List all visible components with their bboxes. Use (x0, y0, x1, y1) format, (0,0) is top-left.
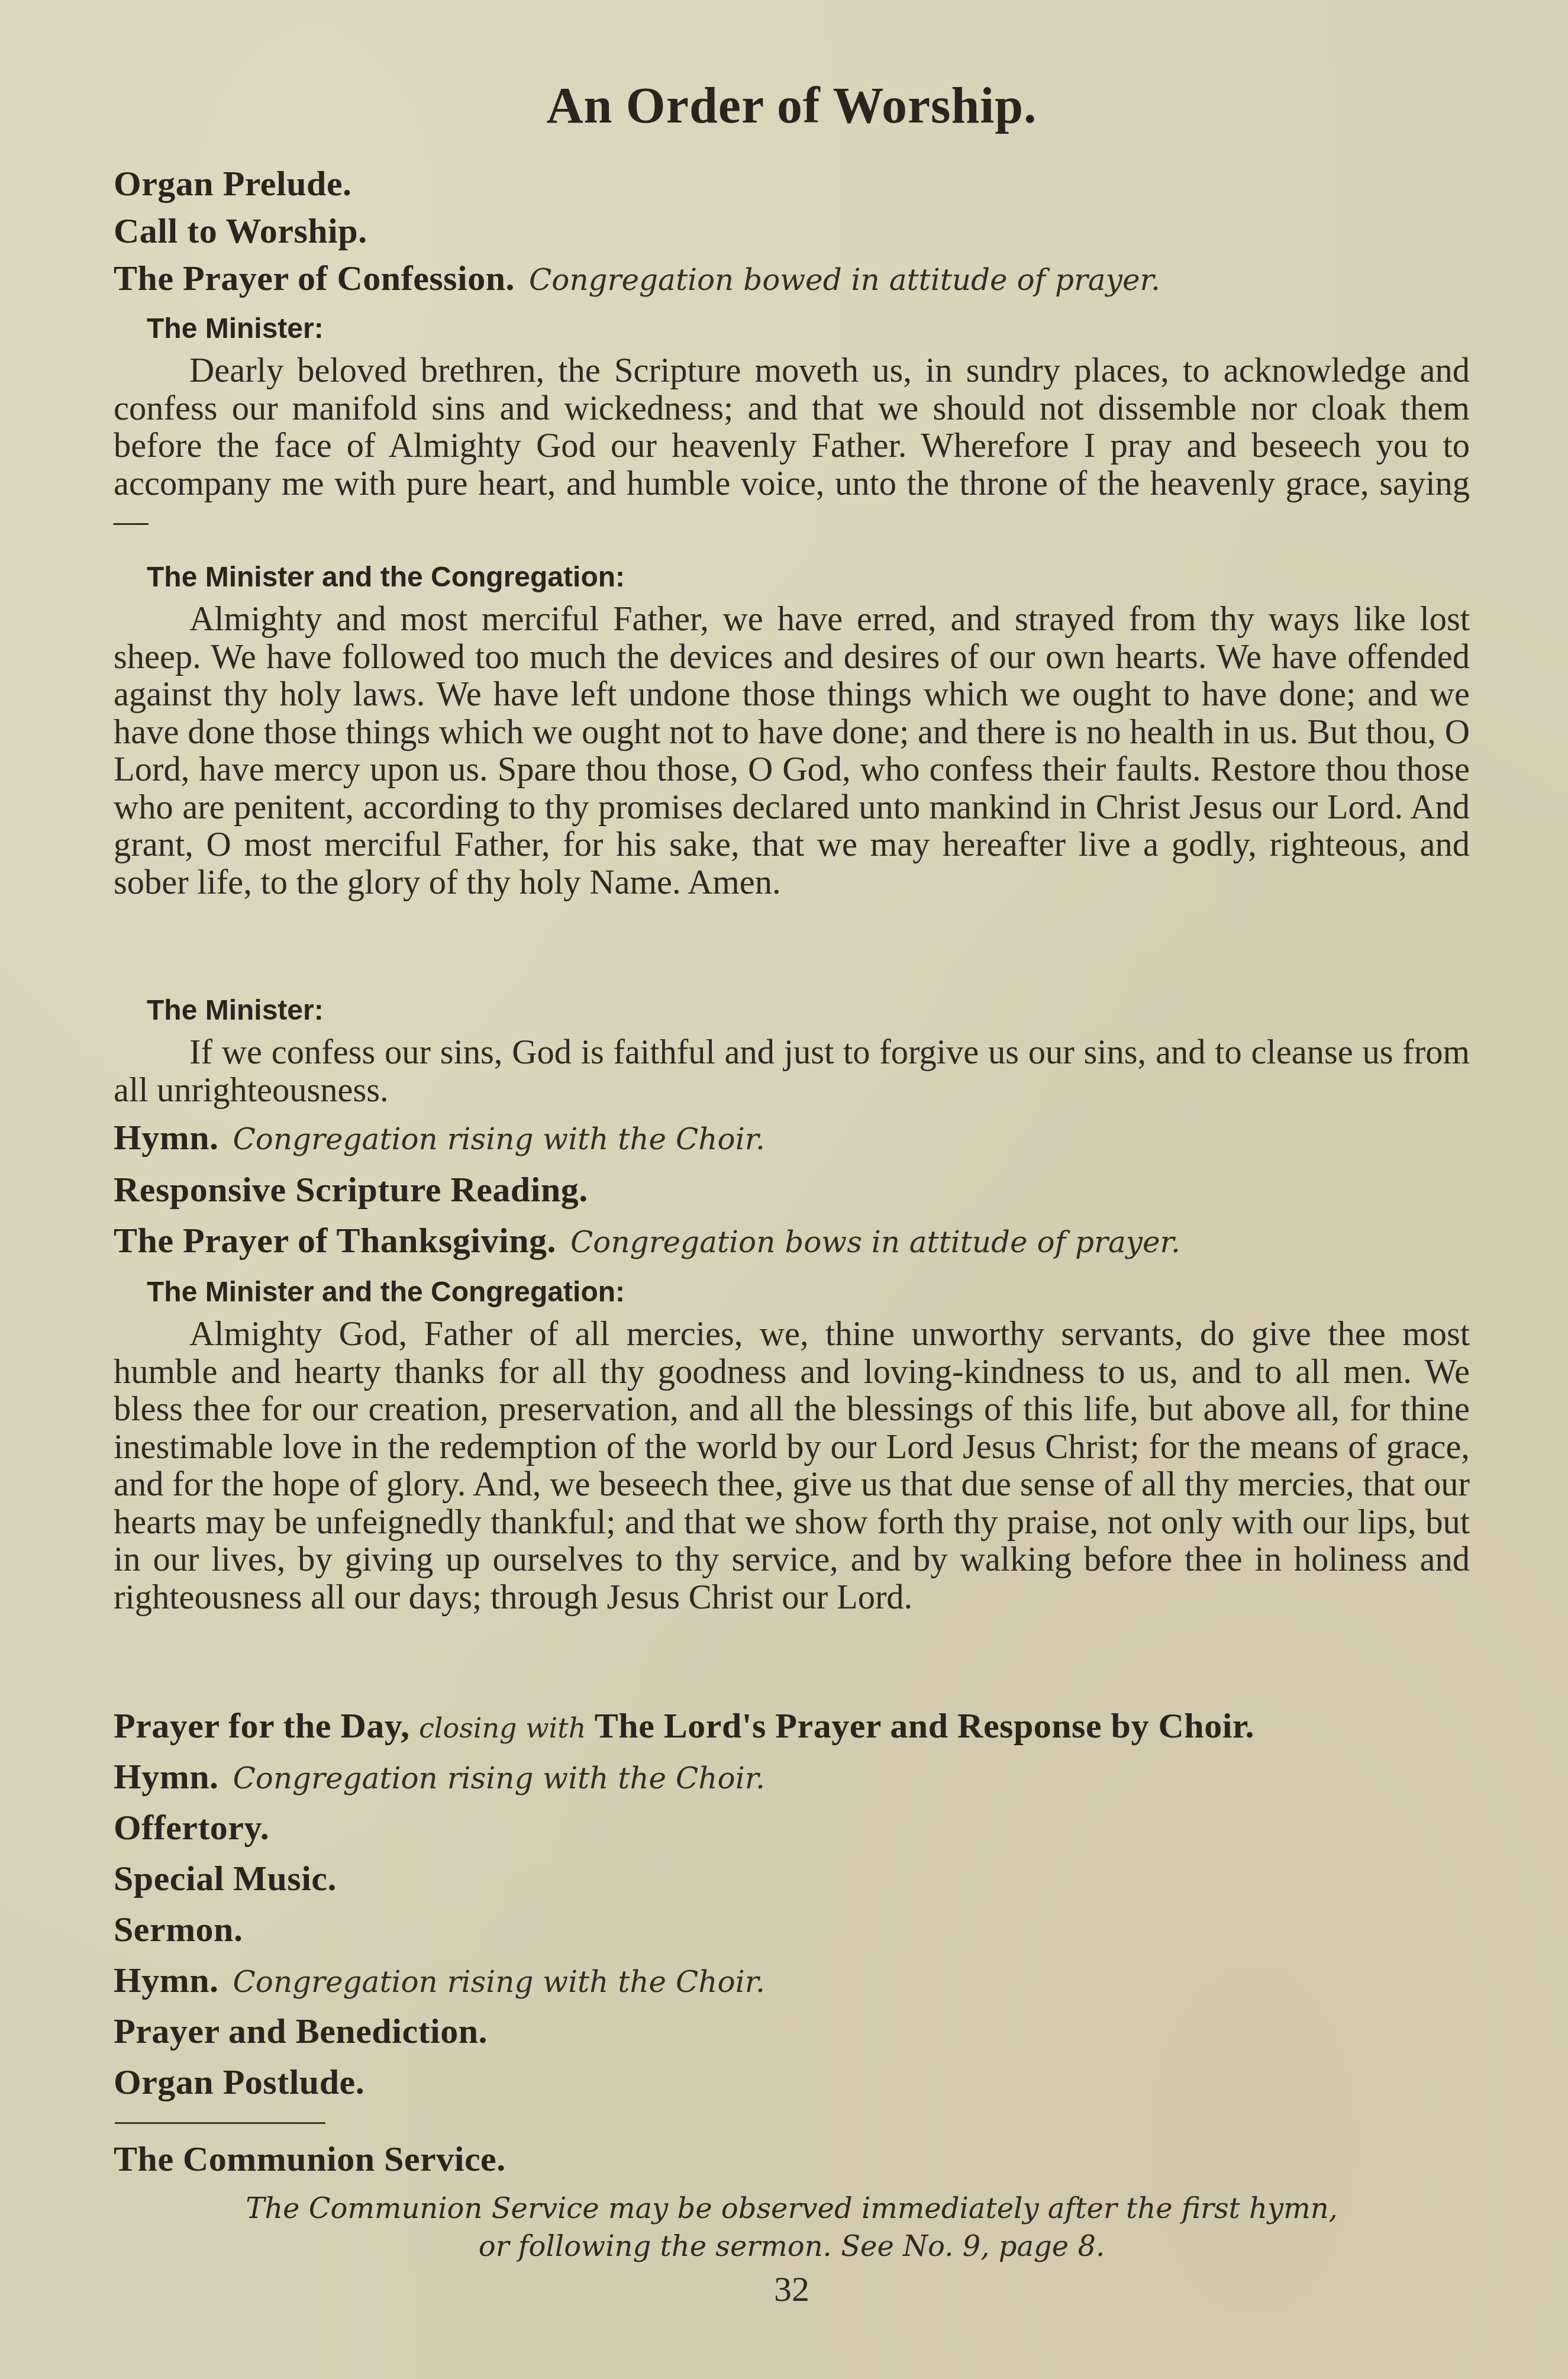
item-communion-service: The Communion Service. (114, 2139, 506, 2180)
item-sermon: Sermon. (114, 1909, 243, 1950)
speaker-label: The Minister and the Congregation: (147, 561, 625, 594)
communion-note: The Communion Service may be observed im… (114, 2190, 1470, 2265)
item-hymn-1: Hymn.Congregation rising with the Choir. (114, 1117, 765, 1158)
page-title: An Order of Worship. (114, 76, 1470, 135)
general-thanksgiving-text: Almighty God, Father of all mercies, we,… (114, 1315, 1470, 1616)
section-divider (115, 2122, 325, 2124)
rubric-note: Congregation bows in attitude of prayer. (570, 1225, 1180, 1259)
communion-note-line-2: or following the sermon. See No. 9, page… (114, 2228, 1470, 2265)
item-responsive-reading: Responsive Scripture Reading. (114, 1169, 588, 1210)
absolution-text: If we confess our sins, God is faithful … (114, 1033, 1470, 1108)
item-prayer-of-confession: The Prayer of Confession.Congregation bo… (114, 258, 1160, 299)
item-title: Hymn. (114, 1757, 219, 1796)
item-prayer-of-thanksgiving: The Prayer of Thanksgiving.Congregation … (114, 1220, 1180, 1261)
page-number: 32 (114, 2269, 1470, 2310)
item-call-to-worship: Call to Worship. (114, 211, 367, 252)
general-confession-text: Almighty and most merciful Father, we ha… (114, 600, 1470, 901)
rubric-note: closing with (419, 1712, 586, 1744)
speaker-label: The Minister: (147, 994, 324, 1027)
rubric-note: Congregation rising with the Choir. (233, 1965, 765, 1999)
item-hymn-3: Hymn.Congregation rising with the Choir. (114, 1960, 765, 2001)
item-title: The Prayer of Thanksgiving. (114, 1221, 556, 1260)
item-hymn-2: Hymn.Congregation rising with the Choir. (114, 1756, 765, 1797)
item-title: The Prayer of Confession. (114, 259, 515, 298)
speaker-label: The Minister and the Congregation: (147, 1276, 625, 1308)
speaker-label: The Minister: (147, 312, 324, 345)
item-prayer-for-the-day: Prayer for the Day, closing with The Lor… (114, 1706, 1254, 1746)
item-offertory: Offertory. (114, 1807, 269, 1848)
item-title-end: The Lord's Prayer and Response by Choir. (595, 1706, 1254, 1745)
item-organ-postlude: Organ Postlude. (114, 2062, 364, 2103)
communion-note-line-1: The Communion Service may be observed im… (114, 2190, 1470, 2228)
item-organ-prelude: Organ Prelude. (114, 163, 352, 204)
rubric-note: Congregation rising with the Choir. (233, 1122, 765, 1156)
item-title: Hymn. (114, 1118, 219, 1157)
rubric-note: Congregation bowed in attitude of prayer… (529, 263, 1160, 297)
item-title: Hymn. (114, 1961, 219, 2000)
rubric-note: Congregation rising with the Choir. (233, 1761, 765, 1795)
item-title: Prayer for the Day, (114, 1706, 410, 1745)
item-special-music: Special Music. (114, 1858, 337, 1899)
item-prayer-and-benediction: Prayer and Benediction. (114, 2011, 488, 2052)
confession-exhortation-text: Dearly beloved brethren, the Scripture m… (114, 352, 1470, 540)
